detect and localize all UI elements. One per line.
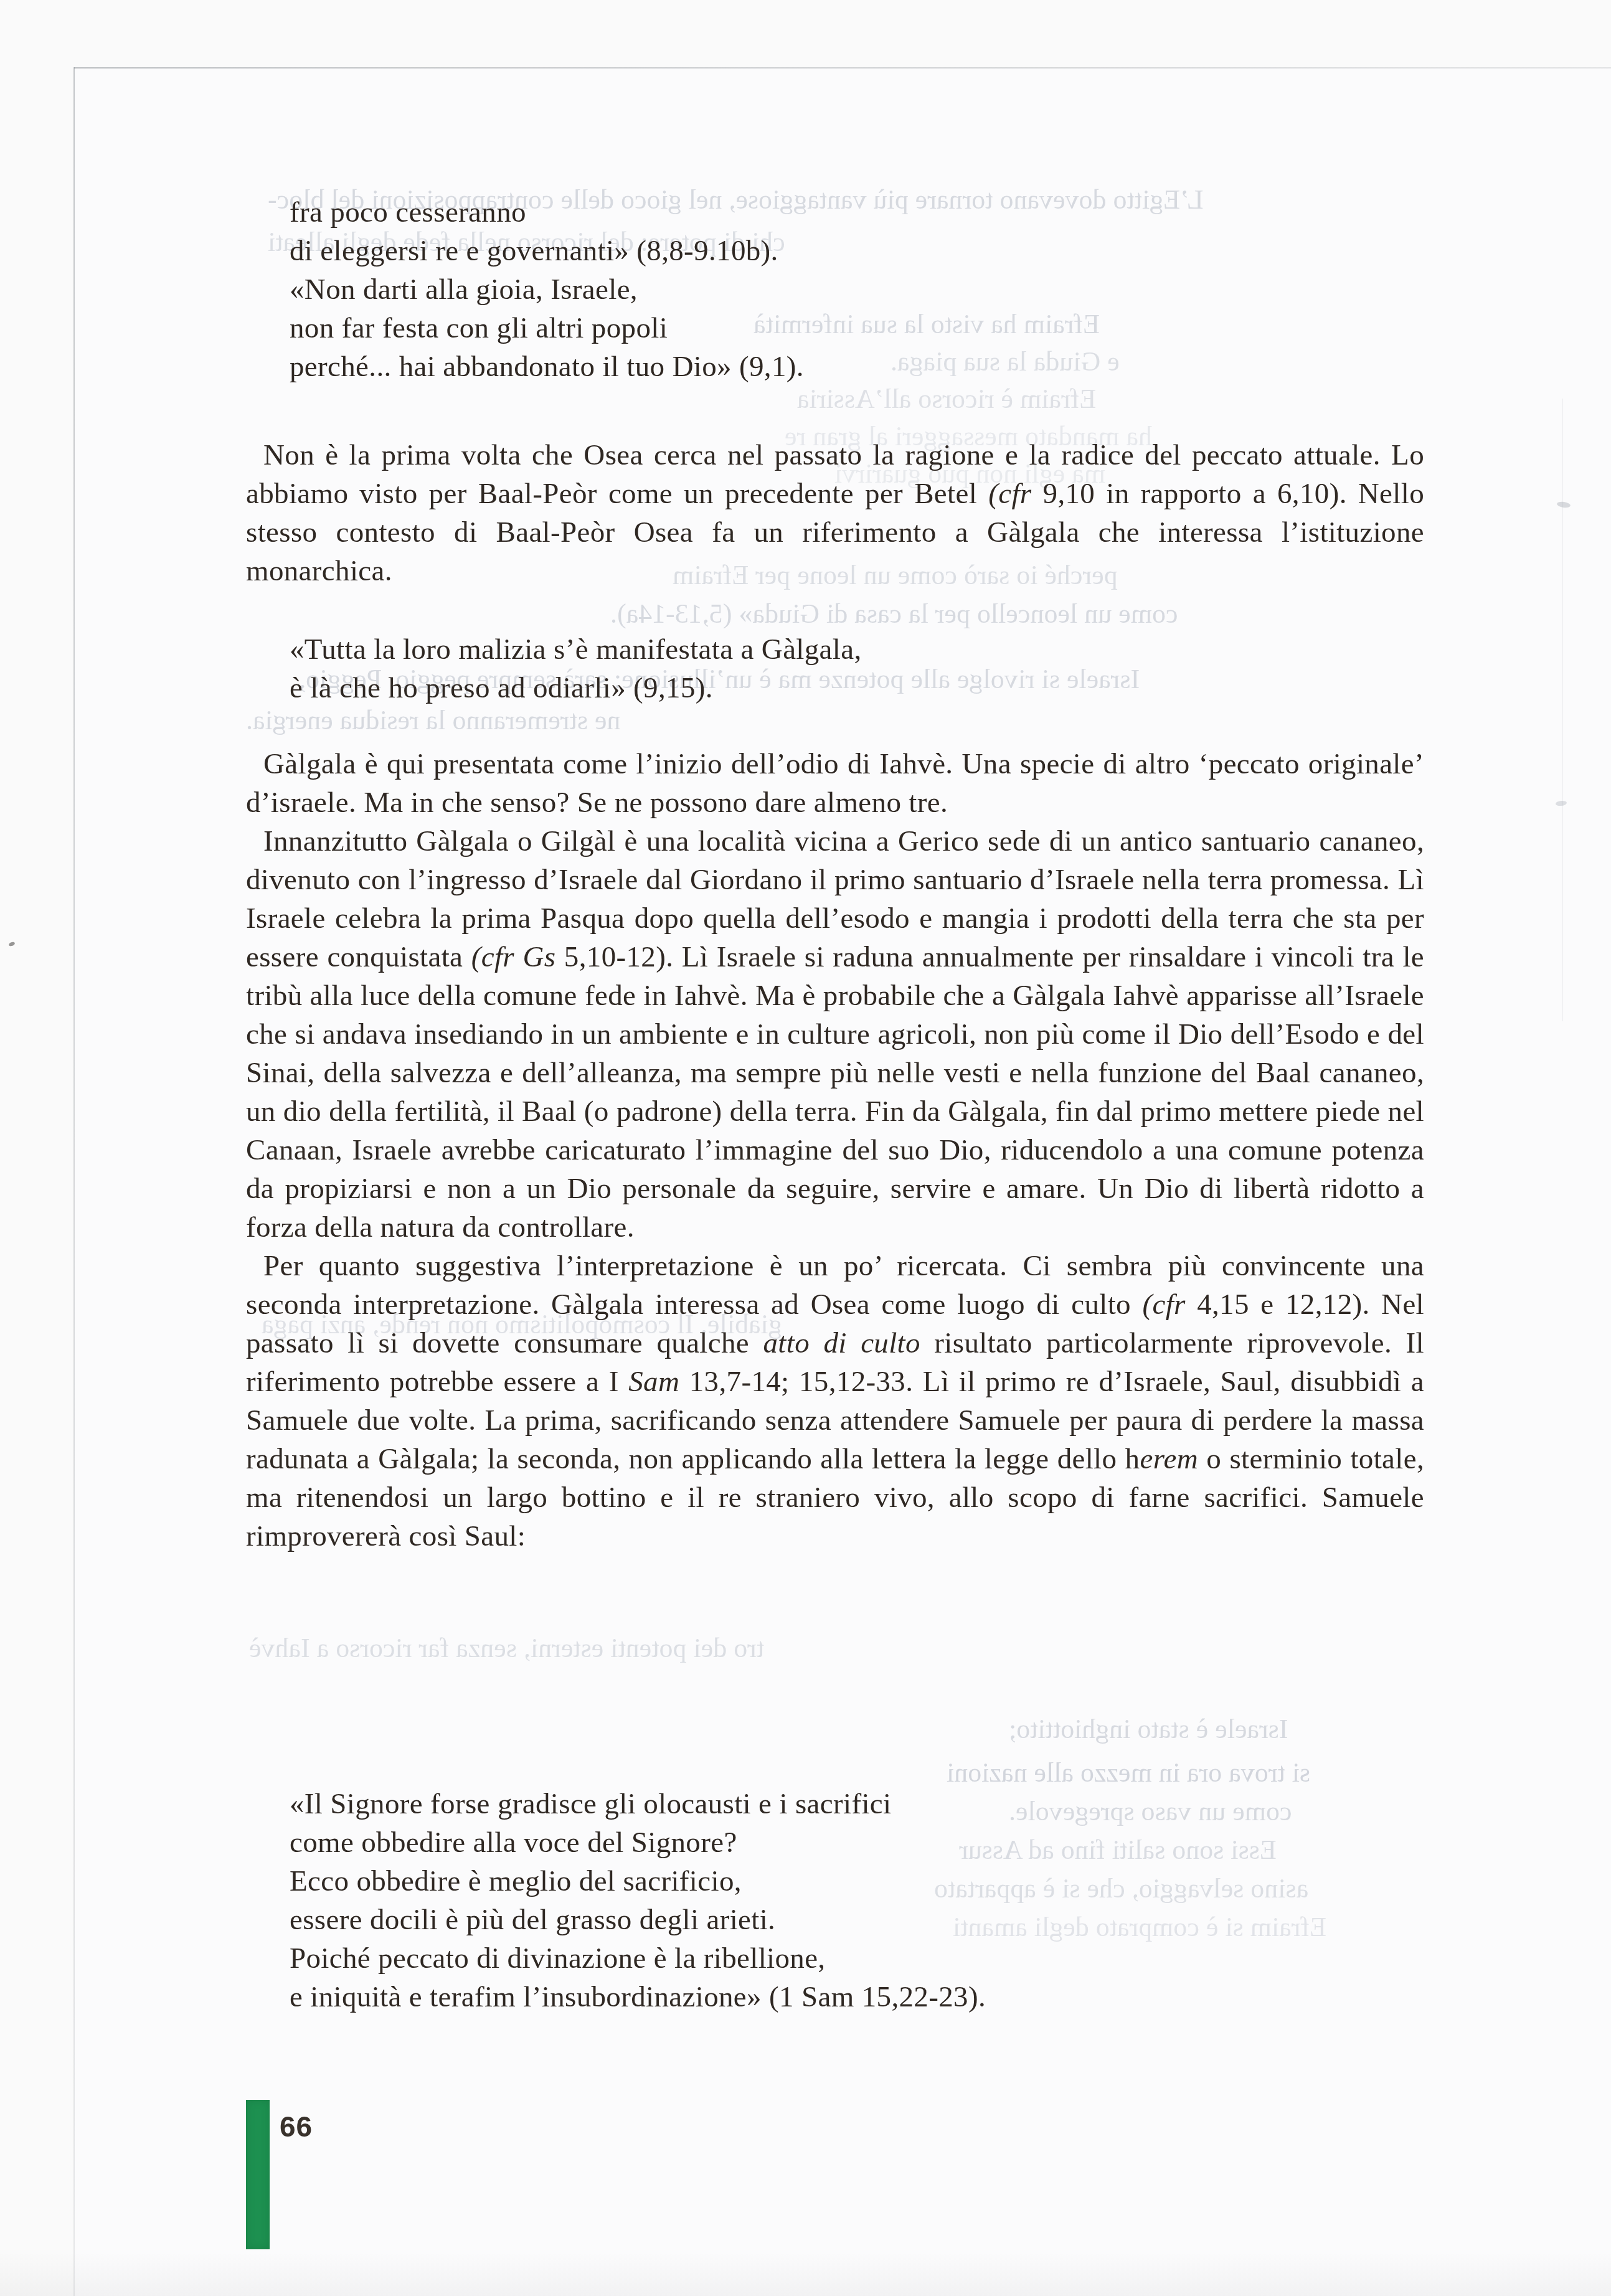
- verse-line: perché... hai abbandonato il tuo Dio» (9…: [290, 347, 1348, 386]
- body-paragraphs: Gàlgala è qui presentata come l’inizio d…: [246, 745, 1424, 1556]
- verse-line: come obbedire alla voce del Signore?: [290, 1823, 1348, 1862]
- bleedthrough-text: Israele è stato inghiottito;: [1009, 1711, 1288, 1747]
- verse-line: non far festa con gli altri popoli: [290, 309, 1348, 347]
- bleedthrough-text: Efraim è ricorso all’Assiria: [797, 381, 1096, 417]
- verse-line: «Non darti alla gioia, Israele,: [290, 270, 1348, 309]
- page-edge-top: [74, 67, 1611, 69]
- bleedthrough-text: come un leoncello per la casa di Giuda» …: [610, 596, 1178, 632]
- scan-bottom-shadow: [0, 2252, 1611, 2296]
- verse-line: «Tutta la loro malizia s’è manifestata a…: [290, 630, 1348, 669]
- verse-line: e iniquità e terafim l’insubordinazione»…: [290, 1978, 1348, 2016]
- verse-line: essere docili è più del grasso degli ari…: [290, 1901, 1348, 1939]
- paragraph-prima-interpretazione: Innanzitutto Gàlgala o Gilgàl è una loca…: [246, 822, 1424, 1247]
- page-edge-left: [73, 67, 75, 2296]
- scan-speck: [8, 941, 15, 947]
- chapter-marker-bar: [246, 2100, 270, 2249]
- verse-line: Ecco obbedire è meglio del sacrificio,: [290, 1862, 1348, 1901]
- verse-quote-hosea-9-15: «Tutta la loro malizia s’è manifestata a…: [290, 630, 1348, 707]
- bleedthrough-text: ne stremeranno la residua energia.: [246, 702, 620, 739]
- page-number: 66: [280, 2110, 313, 2143]
- paragraph-galgala-inizio: Gàlgala è qui presentata come l’inizio d…: [246, 745, 1424, 822]
- verse-line: «Il Signore forse gradisce gli olocausti…: [290, 1785, 1348, 1823]
- verse-line: fra poco cesseranno: [290, 193, 1348, 232]
- bleedthrough-text: tro dei potenti esterni, senza far ricor…: [249, 1630, 764, 1666]
- verse-quote-1samuele-15: «Il Signore forse gradisce gli olocausti…: [290, 1785, 1348, 2016]
- page-crease-right: [1562, 399, 1562, 1021]
- verse-line: Poiché peccato di divinazione è la ribel…: [290, 1939, 1348, 1978]
- paragraph-seconda-interpretazione: Per quanto suggestiva l’interpretazione …: [246, 1247, 1424, 1556]
- verse-line: di eleggersi re e governanti» (8,8-9.10b…: [290, 232, 1348, 270]
- paragraph-baal-peor: Non è la prima volta che Osea cerca nel …: [246, 436, 1424, 590]
- verse-line: è là che ho preso ad odiarli» (9,15).: [290, 669, 1348, 707]
- scanned-book-page: L’Egitto dovevano tornare più vantaggios…: [0, 0, 1611, 2296]
- verse-quote-hosea-8-9: fra poco cesserannodi eleggersi re e gov…: [290, 193, 1348, 386]
